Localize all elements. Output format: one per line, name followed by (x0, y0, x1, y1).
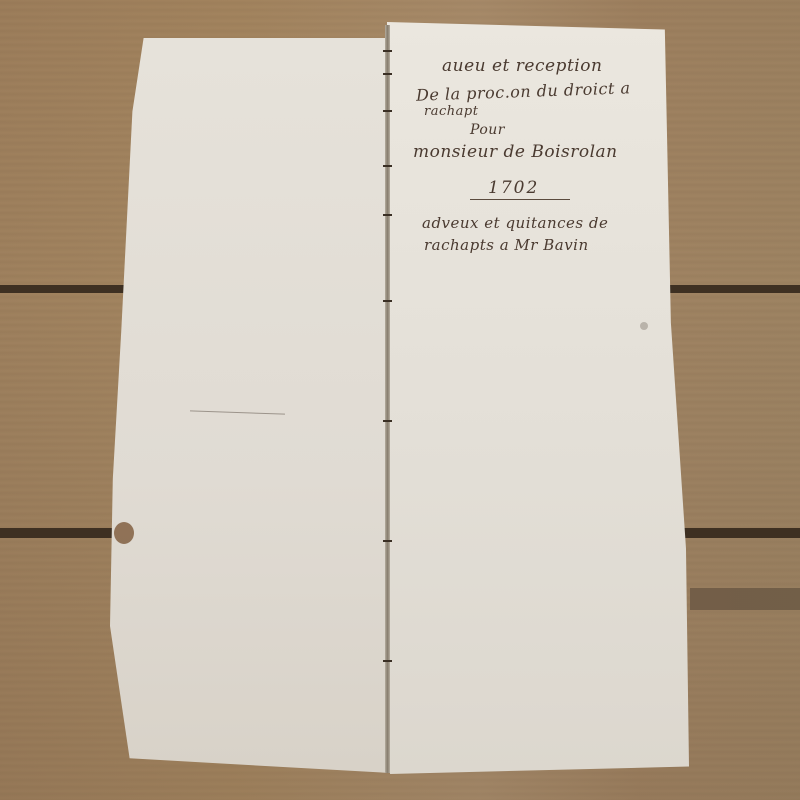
date-underline (470, 199, 570, 200)
manuscript-line: aueu et reception (442, 56, 602, 76)
manuscript-line: adveux et quitances de (422, 214, 608, 232)
binding-stitch (383, 50, 392, 52)
manuscript-right-page (387, 22, 689, 774)
manuscript-line: Pour (470, 122, 505, 138)
manuscript-line: rachapt (424, 104, 478, 119)
paper-spot (640, 322, 648, 330)
binding-stitch (383, 300, 392, 302)
manuscript-line: rachapts a Mr Bavin (424, 236, 589, 254)
binding-stitch (383, 73, 392, 75)
binding-stitch (383, 540, 392, 542)
binding-stitch (383, 660, 392, 662)
binding-stitch (383, 420, 392, 422)
manuscript-left-page (110, 38, 390, 773)
manuscript-line: monsieur de Boisrolan (413, 142, 618, 162)
binding-stitch (383, 165, 392, 167)
binding-stitch (383, 214, 392, 216)
manuscript-date: 1702 (488, 178, 539, 198)
paper-stain (114, 522, 134, 544)
binding-stitch (383, 110, 392, 112)
